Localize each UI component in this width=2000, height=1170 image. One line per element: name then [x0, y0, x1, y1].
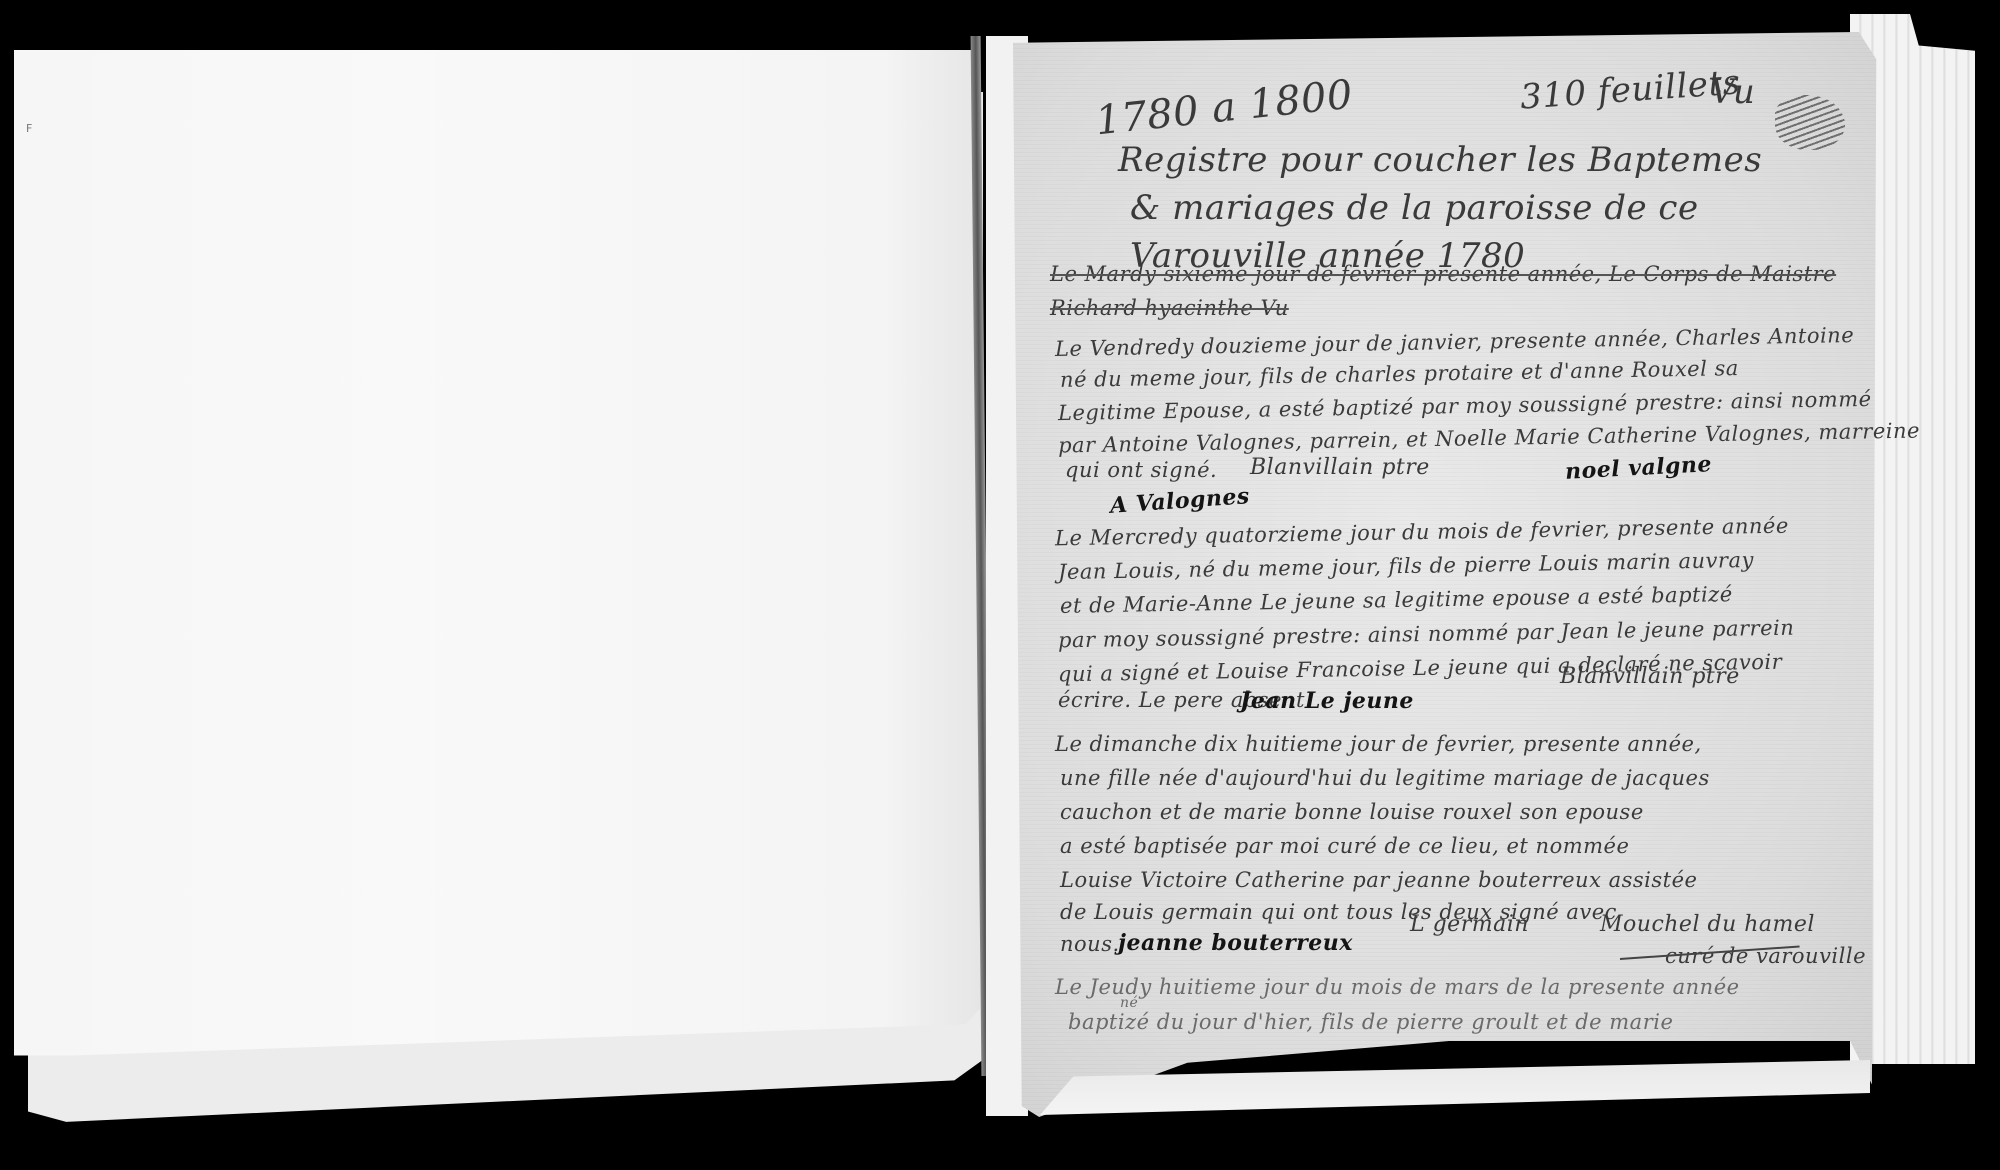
- entry-struck-line-2: Richard hyacinthe Vu: [1050, 296, 1289, 320]
- entry-3-line-7: nous.: [1060, 932, 1120, 956]
- entry-1-line-5: qui ont signé.: [1065, 458, 1217, 482]
- signature-l-germain: L germain: [1410, 912, 1529, 937]
- signature-jean-le-jeune: Jean Le jeune: [1240, 688, 1414, 714]
- entry-3-line-1: Le dimanche dix huitieme jour de fevrier…: [1055, 732, 1702, 756]
- title-line-1: Registre pour coucher les Baptemes: [1118, 140, 1762, 180]
- title-line-2: & mariages de la paroisse de ce: [1130, 188, 1699, 228]
- left-page-margin-mark: F: [26, 122, 32, 135]
- signature-blanvillain-1: Blanvillain ptre: [1250, 455, 1430, 480]
- entry-struck-line-1: Le Mardy sixieme jour de fevrier present…: [1050, 262, 1836, 286]
- signature-mouchel-du-hamel: Mouchel du hamel: [1600, 912, 1815, 937]
- entry-3-line-3: cauchon et de marie bonne louise rouxel …: [1060, 800, 1644, 824]
- entry-4-line-2: baptizé du jour d'hier, fils de pierre g…: [1068, 1010, 1673, 1034]
- entry-4-interlinear: né: [1120, 995, 1138, 1011]
- left-page-blank: F: [14, 50, 980, 1092]
- document-viewer: F 1780 a 1800 310 feuillets Vu Registre …: [0, 0, 2000, 1170]
- entry-3-line-2: une fille née d'aujourd'hui du legitime …: [1060, 766, 1710, 790]
- entry-3-line-6: de Louis germain qui ont tous les deux s…: [1060, 900, 1617, 924]
- entry-3-line-5: Louise Victoire Catherine par jeanne bou…: [1060, 868, 1697, 892]
- header-visa: Vu: [1710, 72, 1755, 112]
- entry-4-line-1: Le Jeudy huitieme jour du mois de mars d…: [1055, 975, 1740, 999]
- signature-blanvillain-2: Blanvillain ptre: [1560, 664, 1740, 689]
- signature-jeanne-bouterreux: jeanne bouterreux: [1118, 930, 1353, 956]
- entry-3-line-4: a esté baptisée par moi curé de ce lieu,…: [1060, 834, 1629, 858]
